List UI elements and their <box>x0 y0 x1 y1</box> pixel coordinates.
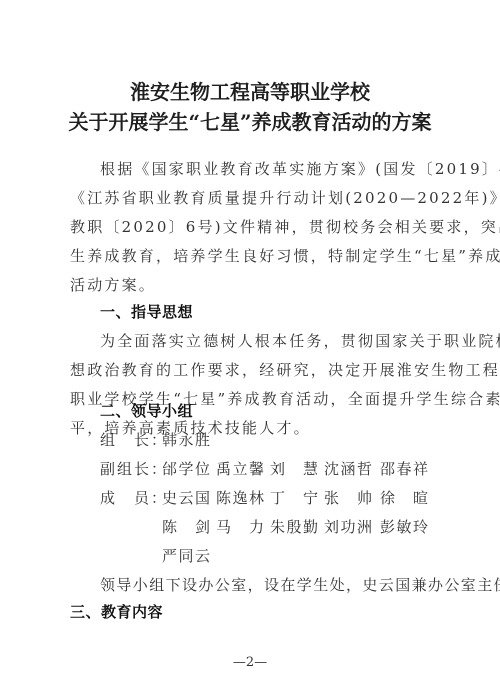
deputy-name: 邰学位 <box>162 459 222 479</box>
member-name: 徐 暄 <box>380 488 440 508</box>
member-name: 刘功洲 <box>324 517 384 537</box>
member-name: 陈逸林 <box>216 488 276 508</box>
member-name: 严同云 <box>162 546 222 566</box>
member-name: 朱殷勤 <box>270 517 330 537</box>
member-name: 陈 剑 <box>162 517 222 537</box>
members-label: 成 员： <box>100 488 160 508</box>
deputy-name: 沈涵哲 <box>324 459 384 479</box>
office-note: 领导小组下设办公室，设在学生处，史云国兼办公室主任。 <box>100 575 432 595</box>
intro-line-5: 活动方案。 <box>70 275 432 295</box>
section-heading-leadership: 二、领导小组 <box>100 401 462 421</box>
section-heading-guiding-ideology: 一、指导思想 <box>100 302 462 322</box>
member-name: 彭敏玲 <box>380 517 440 537</box>
section-heading-education-content: 三、教育内容 <box>70 602 432 622</box>
document-page: 淮安生物工程高等职业学校 关于开展学生“七星”养成教育活动的方案 根据《国家职业… <box>0 0 500 685</box>
deputy-name: 禹立馨 <box>216 459 276 479</box>
deputy-name: 刘 慧 <box>270 459 330 479</box>
leader-name: 韩永胜 <box>162 430 222 450</box>
member-name: 史云国 <box>162 488 222 508</box>
document-title-line2: 关于开展学生“七星”养成教育活动的方案 <box>0 106 500 135</box>
page-number: —2— <box>0 655 500 670</box>
intro-line-3: 教职〔2020〕6号)文件精神，贯彻校务会相关要求，突出学 <box>70 217 432 237</box>
document-title-line1: 淮安生物工程高等职业学校 <box>0 76 500 105</box>
section1-line-1: 为全面落实立德树人根本任务，贯彻国家关于职业院校思 <box>100 331 432 351</box>
intro-line-4: 生养成教育，培养学生良好习惯，特制定学生“七星”养成教育 <box>70 246 432 266</box>
section1-line-2: 想政治教育的工作要求，经研究，决定开展淮安生物工程高等 <box>70 360 432 380</box>
member-name: 张 帅 <box>324 488 384 508</box>
leader-label: 组 长： <box>100 430 160 450</box>
deputy-name: 邵春祥 <box>380 459 440 479</box>
member-name: 马 力 <box>216 517 276 537</box>
member-name: 丁 宁 <box>270 488 330 508</box>
intro-line-2: 《江苏省职业教育质量提升行动计划(2020—2022年)》(苏 <box>70 188 432 208</box>
intro-line-1: 根据《国家职业教育改革实施方案》(国发〔2019〕4号)、 <box>100 159 432 179</box>
deputy-label: 副组长： <box>100 459 160 479</box>
